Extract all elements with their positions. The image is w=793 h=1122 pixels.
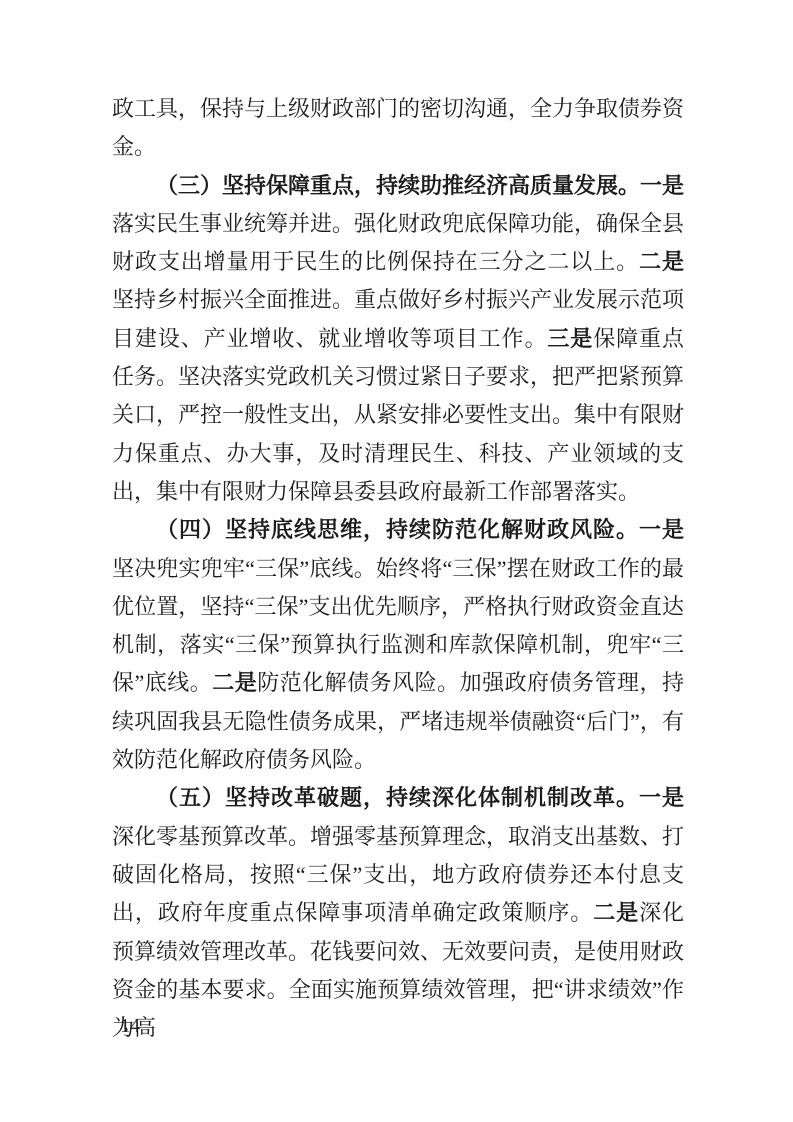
paragraph: （四）坚持底线思维，持续防范化解财政风险。一是坚决兜实兜牢“三保”底线。始终将“… bbox=[112, 511, 684, 779]
paragraph: 政工具，保持与上级财政部门的密切沟通，全力争取债券资金。 bbox=[112, 90, 684, 167]
paragraph: （五）坚持改革破题，持续深化体制机制改革。一是深化零基预算改革。增强零基预算理念… bbox=[112, 779, 684, 1047]
bold-segment: （四）坚持底线思维，持续防范化解财政风险。一是 bbox=[156, 517, 684, 542]
text-segment: 保障重点任务。坚决落实党政机关习惯过紧日子要求，把严把紧预算关口，严控一般性支出… bbox=[112, 326, 684, 504]
document-page: 政工具，保持与上级财政部门的密切沟通，全力争取债券资金。（三）坚持保障重点，持续… bbox=[0, 0, 793, 1122]
bold-segment: 二是 bbox=[639, 249, 684, 274]
bold-segment: 三是 bbox=[547, 326, 593, 351]
page-number: 14 bbox=[120, 1012, 140, 1040]
bold-segment: （三）坚持保障重点，持续助推经济高质量发展。一是 bbox=[156, 173, 684, 198]
bold-segment: （五）坚持改革破题，持续深化体制机制改革。一是 bbox=[156, 785, 684, 810]
text-segment: 政工具，保持与上级财政部门的密切沟通，全力争取债券资金。 bbox=[112, 96, 684, 159]
text-segment: 落实民生事业统筹并进。强化财政兜底保障功能，确保全县财政支出增量用于民生的比例保… bbox=[112, 211, 684, 274]
bold-segment: 二是 bbox=[212, 670, 257, 695]
paragraph: （三）坚持保障重点，持续助推经济高质量发展。一是落实民生事业统筹并进。强化财政兜… bbox=[112, 167, 684, 512]
body-text: 政工具，保持与上级财政部门的密切沟通，全力争取债券资金。（三）坚持保障重点，持续… bbox=[112, 90, 684, 1047]
bold-segment: 二是 bbox=[593, 900, 639, 925]
